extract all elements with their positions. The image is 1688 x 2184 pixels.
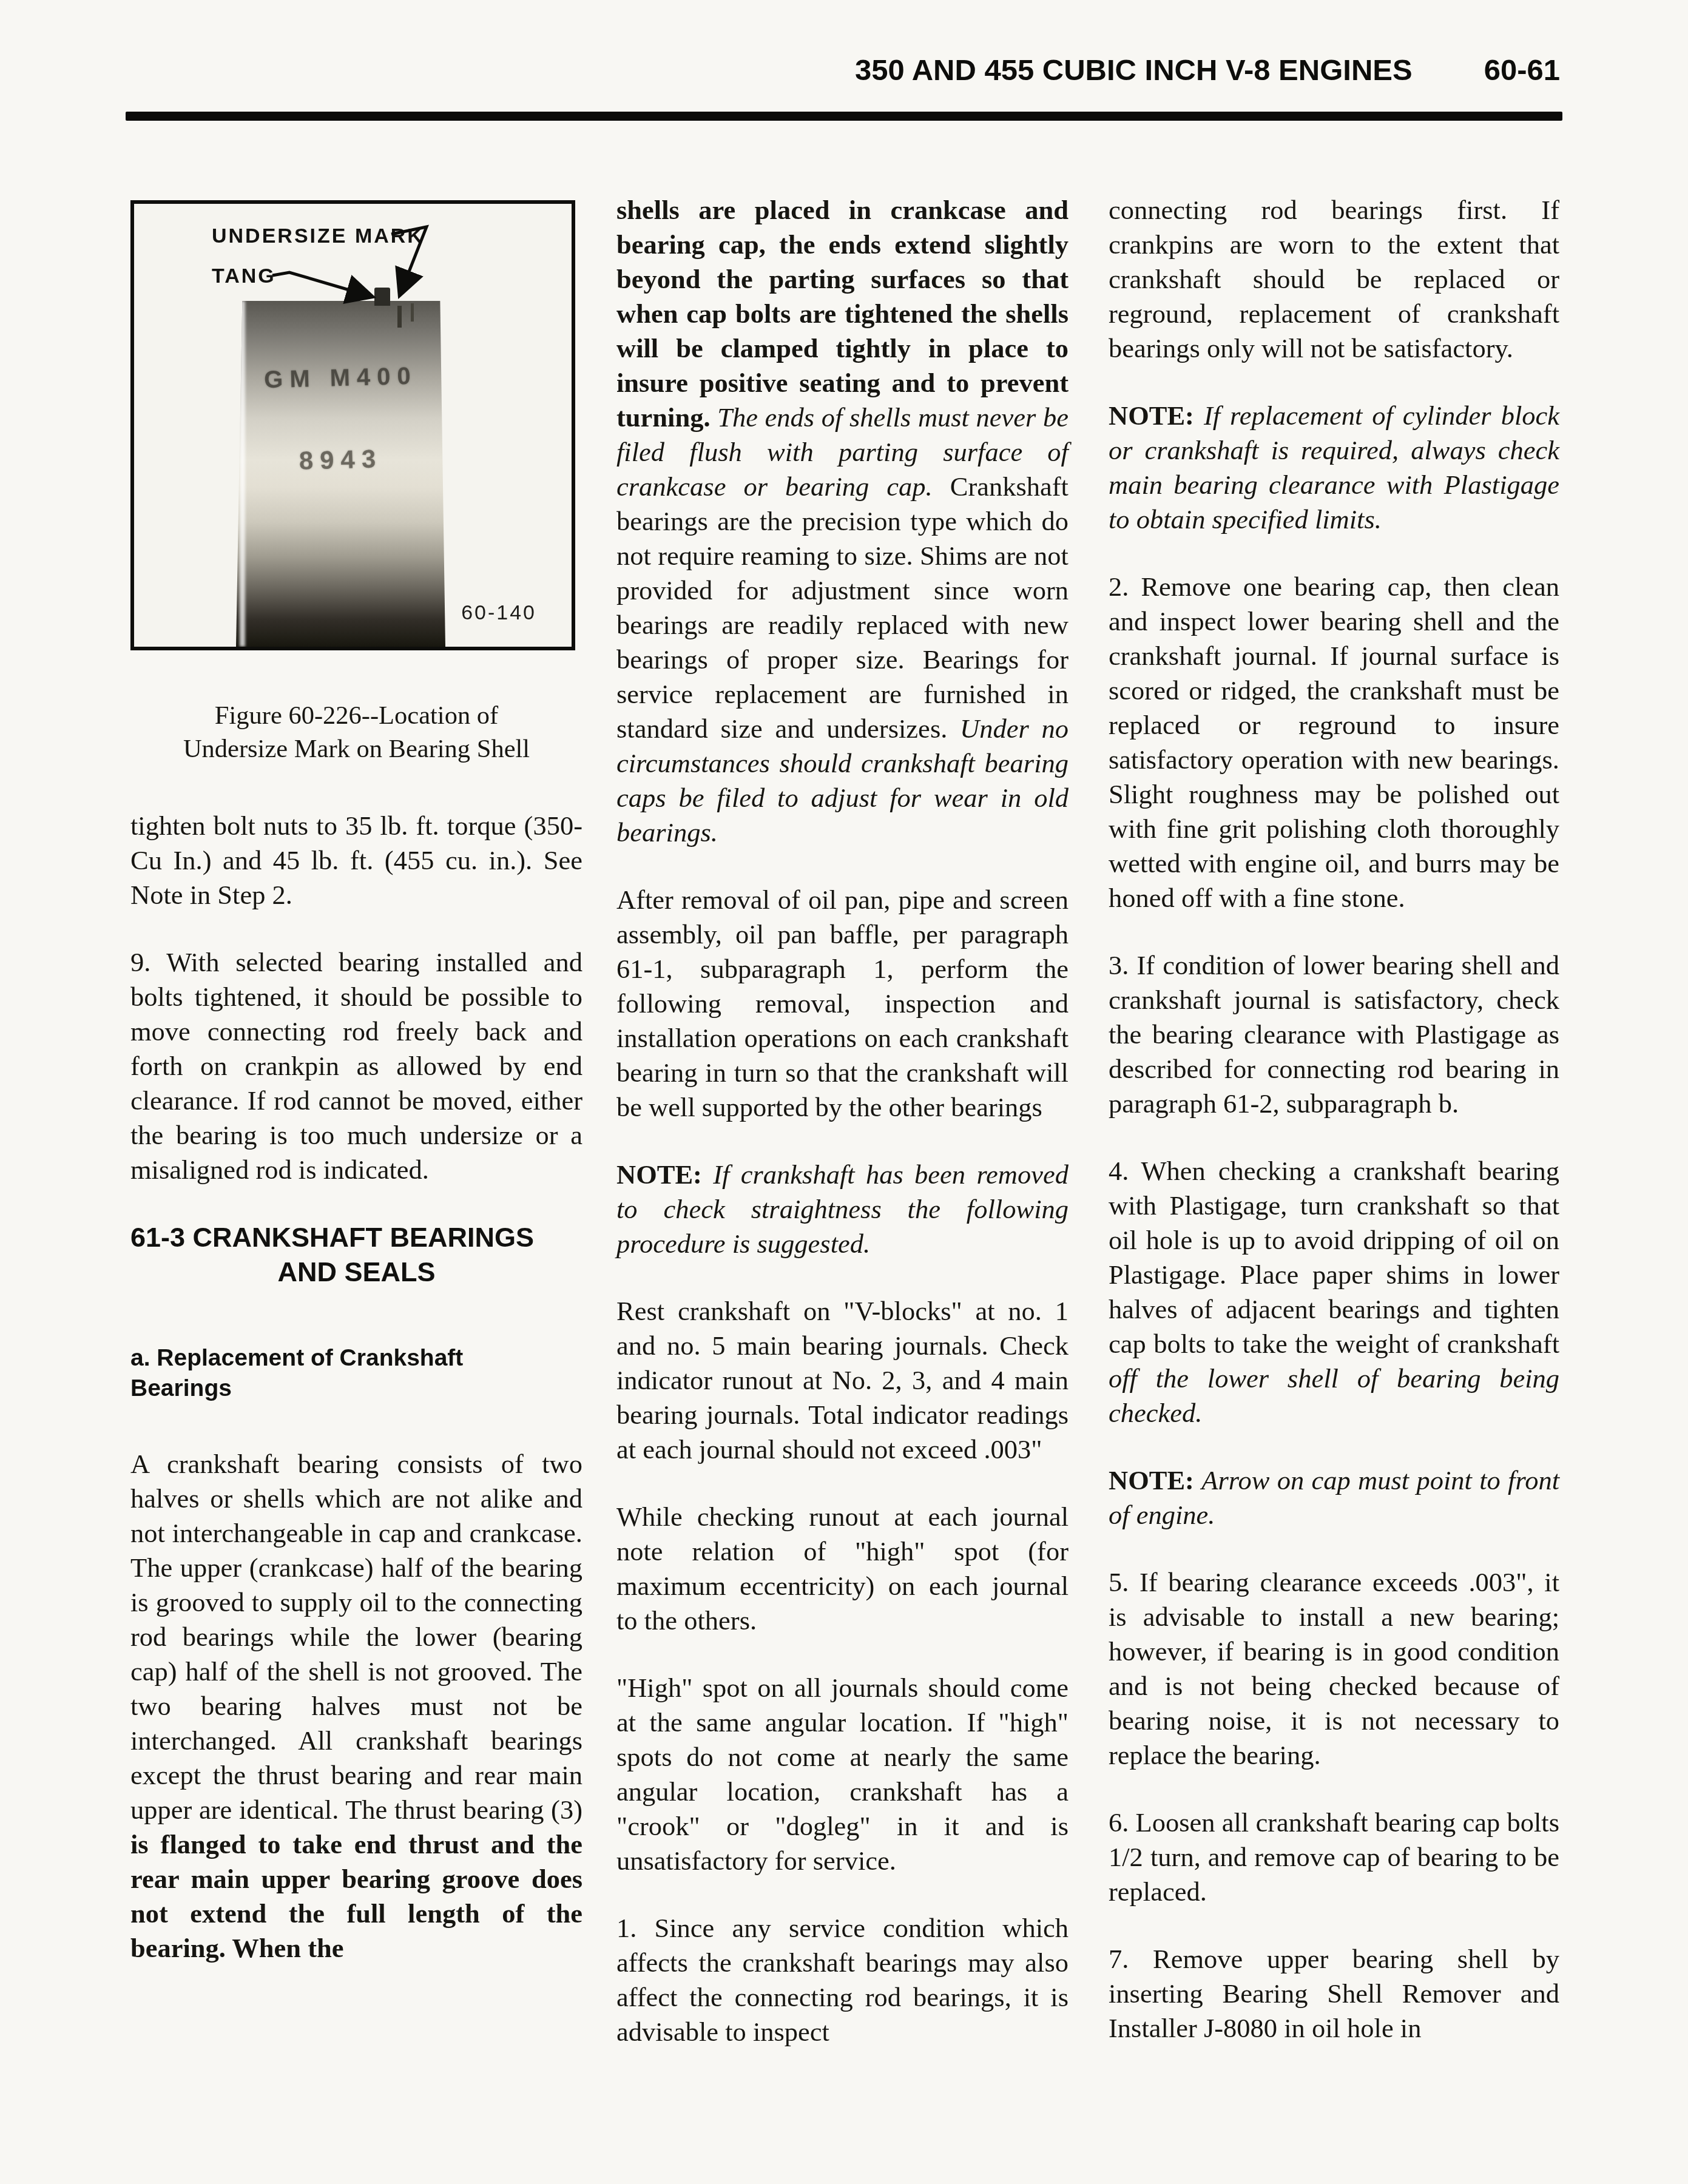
column-right-text: connecting rod bearings first. If crankp…: [1109, 193, 1559, 2046]
text-segment: 4. When checking a crankshaft bearing wi…: [1109, 1156, 1559, 1359]
text-segment: off the lower shell of bearing being che…: [1109, 1363, 1559, 1428]
paragraph: 7. Remove upper bearing shell by inserti…: [1109, 1942, 1559, 2046]
paragraph: shells are placed in crankcase and beari…: [616, 193, 1069, 850]
paragraph: 4. When checking a crankshaft bearing wi…: [1109, 1154, 1559, 1431]
text-segment: A crankshaft bearing consists of two hal…: [130, 1449, 582, 1825]
section-heading-line1: 61-3 CRANKSHAFT BEARINGS: [130, 1220, 582, 1255]
paragraph: 1. Since any service condition which aff…: [616, 1911, 1069, 2049]
text-segment: 9. With selected bearing installed and b…: [130, 947, 582, 1185]
figure-60-226: UNDERSIZE MARK TANG GM M400 8943 60-140: [130, 200, 575, 650]
text-segment: 1. Since any service condition which aff…: [616, 1913, 1069, 2047]
text-segment: tighten bolt nuts to 35 lb. ft. torque (…: [130, 811, 582, 910]
page-header: 350 AND 455 CUBIC INCH V-8 ENGINES 60-61: [130, 53, 1560, 87]
text-segment: Crankshaft bearings are the precision ty…: [616, 471, 1069, 744]
paragraph: NOTE: Arrow on cap must point to front o…: [1109, 1463, 1559, 1532]
page-title: 350 AND 455 CUBIC INCH V-8 ENGINES: [855, 53, 1413, 87]
header-rule: [126, 112, 1562, 121]
text-segment: While checking runout at each journal no…: [616, 1501, 1069, 1636]
text-segment: 3. If condition of lower bearing shell a…: [1109, 950, 1559, 1119]
text-segment: "High" spot on all journals should come …: [616, 1673, 1069, 1876]
column-right: connecting rod bearings first. If crankp…: [1109, 193, 1559, 2078]
paragraph: connecting rod bearings first. If crankp…: [1109, 193, 1559, 366]
paragraph: 9. With selected bearing installed and b…: [130, 945, 582, 1187]
paragraph: tighten bolt nuts to 35 lb. ft. torque (…: [130, 809, 582, 912]
figure-annotation-arrows: [134, 204, 572, 647]
page-number: 60-61: [1484, 53, 1560, 87]
column-left: UNDERSIZE MARK TANG GM M400 8943 60-140 …: [130, 200, 582, 1998]
subsection-heading: a. Replacement of Crankshaft Bearings: [130, 1343, 519, 1404]
paragraph: Rest crankshaft on "V-blocks" at no. 1 a…: [616, 1294, 1069, 1467]
photo-number: 60-140: [461, 601, 536, 625]
column-left-text: tighten bolt nuts to 35 lb. ft. torque (…: [130, 809, 582, 1966]
manual-page: { "theme": { "ink": "#161511", "paper": …: [0, 0, 1688, 2184]
paragraph: After removal of oil pan, pipe and scree…: [616, 883, 1069, 1125]
text-segment: 5. If bearing clearance exceeds .003", i…: [1109, 1567, 1559, 1770]
figure-caption: Figure 60-226--Location of Undersize Mar…: [163, 699, 551, 766]
text-segment: shells are placed in crankcase and beari…: [616, 195, 1069, 433]
text-segment: connecting rod bearings first. If crankp…: [1109, 195, 1559, 363]
section-heading-line2: AND SEALS: [130, 1255, 582, 1290]
text-segment: 2. Remove one bearing cap, then clean an…: [1109, 571, 1559, 913]
paragraph: NOTE: If replacement of cylinder block o…: [1109, 399, 1559, 537]
paragraph: While checking runout at each journal no…: [616, 1500, 1069, 1638]
text-segment: 7. Remove upper bearing shell by inserti…: [1109, 1944, 1559, 2043]
paragraph: 2. Remove one bearing cap, then clean an…: [1109, 570, 1559, 915]
paragraph: "High" spot on all journals should come …: [616, 1671, 1069, 1878]
column-middle-text: shells are placed in crankcase and beari…: [616, 193, 1069, 2049]
paragraph: NOTE: If crankshaft has been removed to …: [616, 1158, 1069, 1261]
section-heading: 61-3 CRANKSHAFT BEARINGSAND SEALS: [130, 1220, 582, 1290]
paragraph: A crankshaft bearing consists of two hal…: [130, 1447, 582, 1966]
undersize-mark-arrow: [391, 227, 427, 295]
text-segment: NOTE:: [616, 1159, 713, 1190]
paragraph: 3. If condition of lower bearing shell a…: [1109, 948, 1559, 1121]
tang-arrow: [272, 272, 372, 297]
text-segment: Rest crankshaft on "V-blocks" at no. 1 a…: [616, 1296, 1069, 1464]
column-middle: shells are placed in crankcase and beari…: [616, 193, 1069, 2082]
text-segment: After removal of oil pan, pipe and scree…: [616, 885, 1069, 1122]
text-segment: NOTE:: [1109, 400, 1204, 431]
paragraph: 5. If bearing clearance exceeds .003", i…: [1109, 1565, 1559, 1773]
paragraph: 6. Loosen all crankshaft bearing cap bol…: [1109, 1805, 1559, 1909]
text-segment: 6. Loosen all crankshaft bearing cap bol…: [1109, 1807, 1559, 1907]
text-segment: is flanged to take end thrust and the re…: [130, 1829, 582, 1963]
text-segment: NOTE:: [1109, 1465, 1201, 1495]
